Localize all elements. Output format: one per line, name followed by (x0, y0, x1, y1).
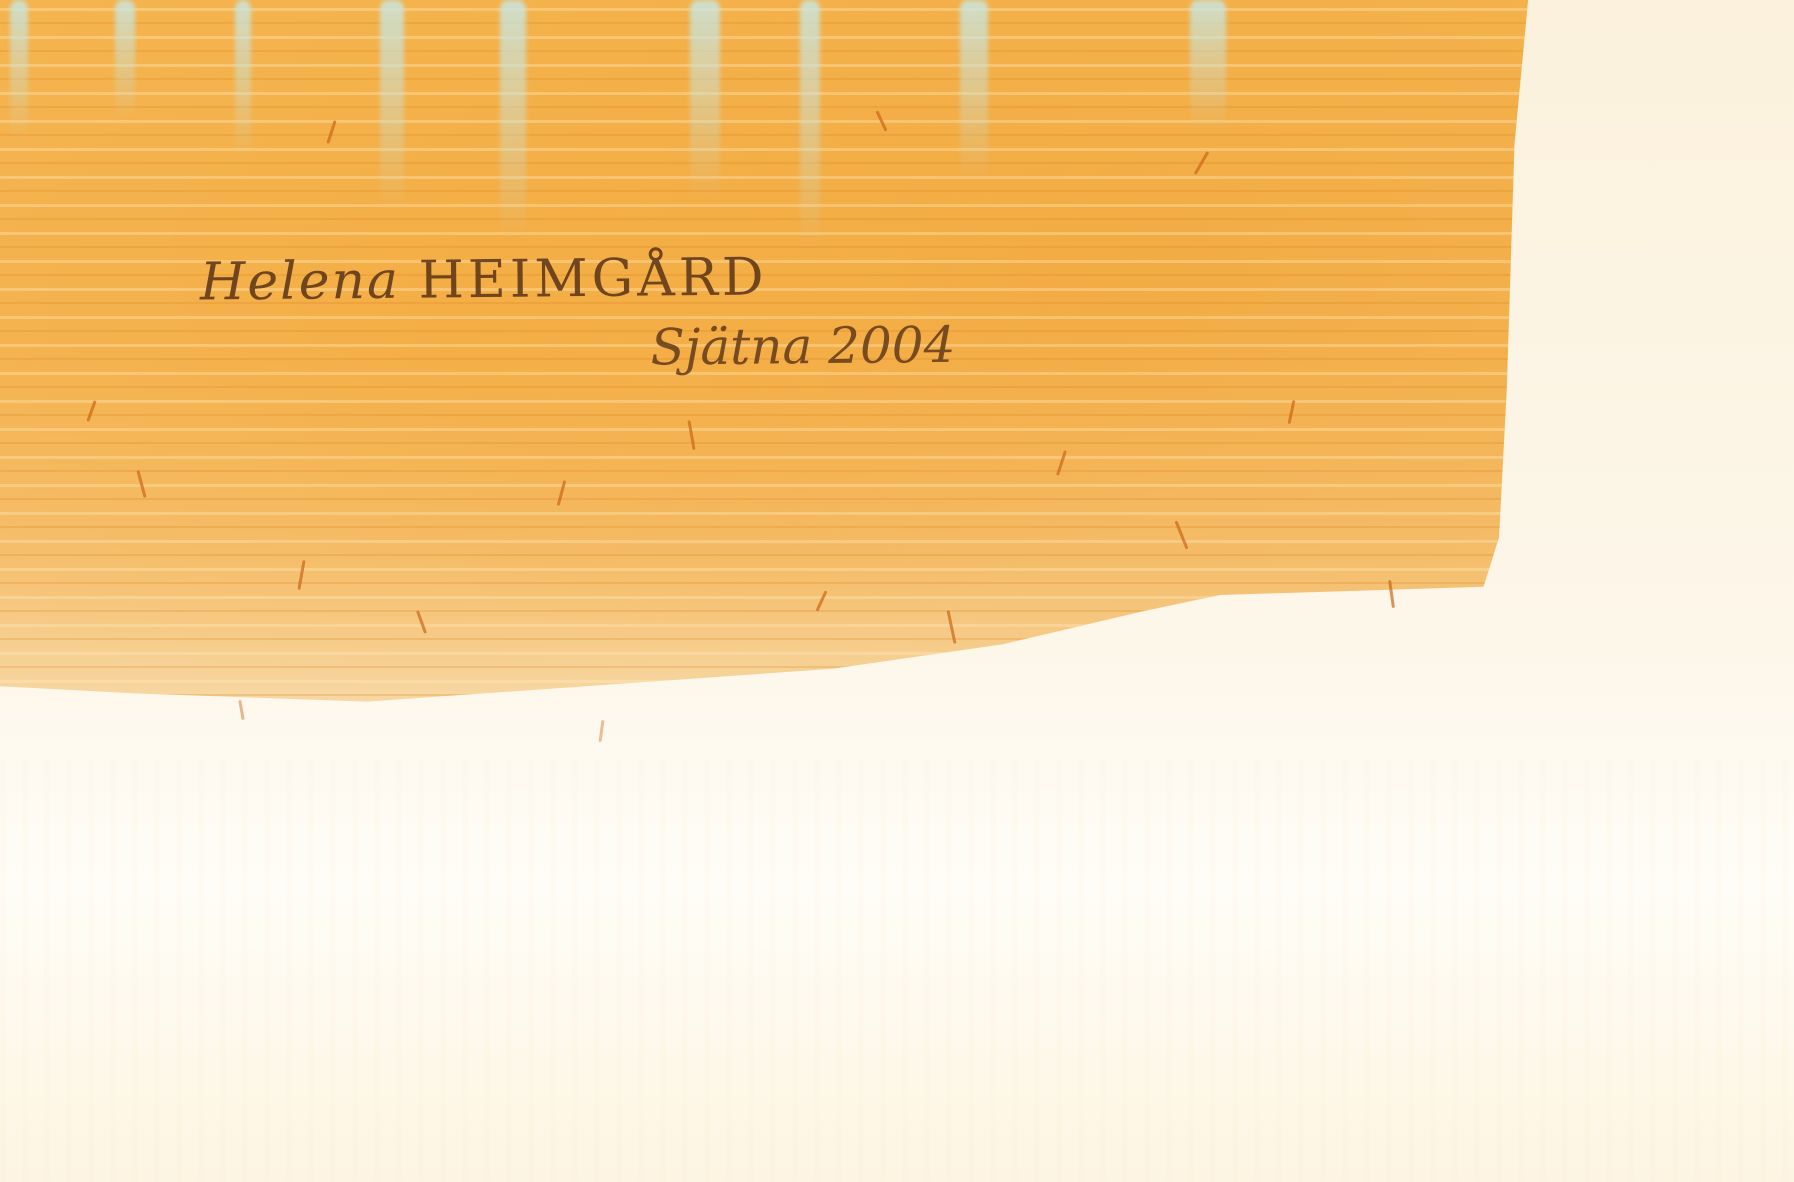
chalk-streak (960, 0, 988, 180)
chalk-streak (235, 0, 251, 160)
chalk-streak (690, 0, 720, 200)
signature-name: Helena HEIMGÅRD (200, 248, 768, 313)
chalk-streak (800, 0, 820, 250)
signature-last-name: HEIMGÅRD (418, 248, 768, 311)
chalk-streak (380, 0, 404, 210)
signature-first-name: Helena (200, 251, 401, 313)
chalk-streak (500, 0, 526, 240)
chalk-streak (115, 0, 135, 120)
signature-place-date: Sjätna 2004 (650, 316, 955, 377)
chalk-streak (10, 0, 28, 140)
artist-signature: Helena HEIMGÅRD Sjätna 2004 (200, 248, 768, 313)
chalk-streak (1190, 0, 1226, 130)
artwork-photo: Helena HEIMGÅRD Sjätna 2004 (0, 0, 1794, 1182)
paper-texture (0, 760, 1794, 1182)
